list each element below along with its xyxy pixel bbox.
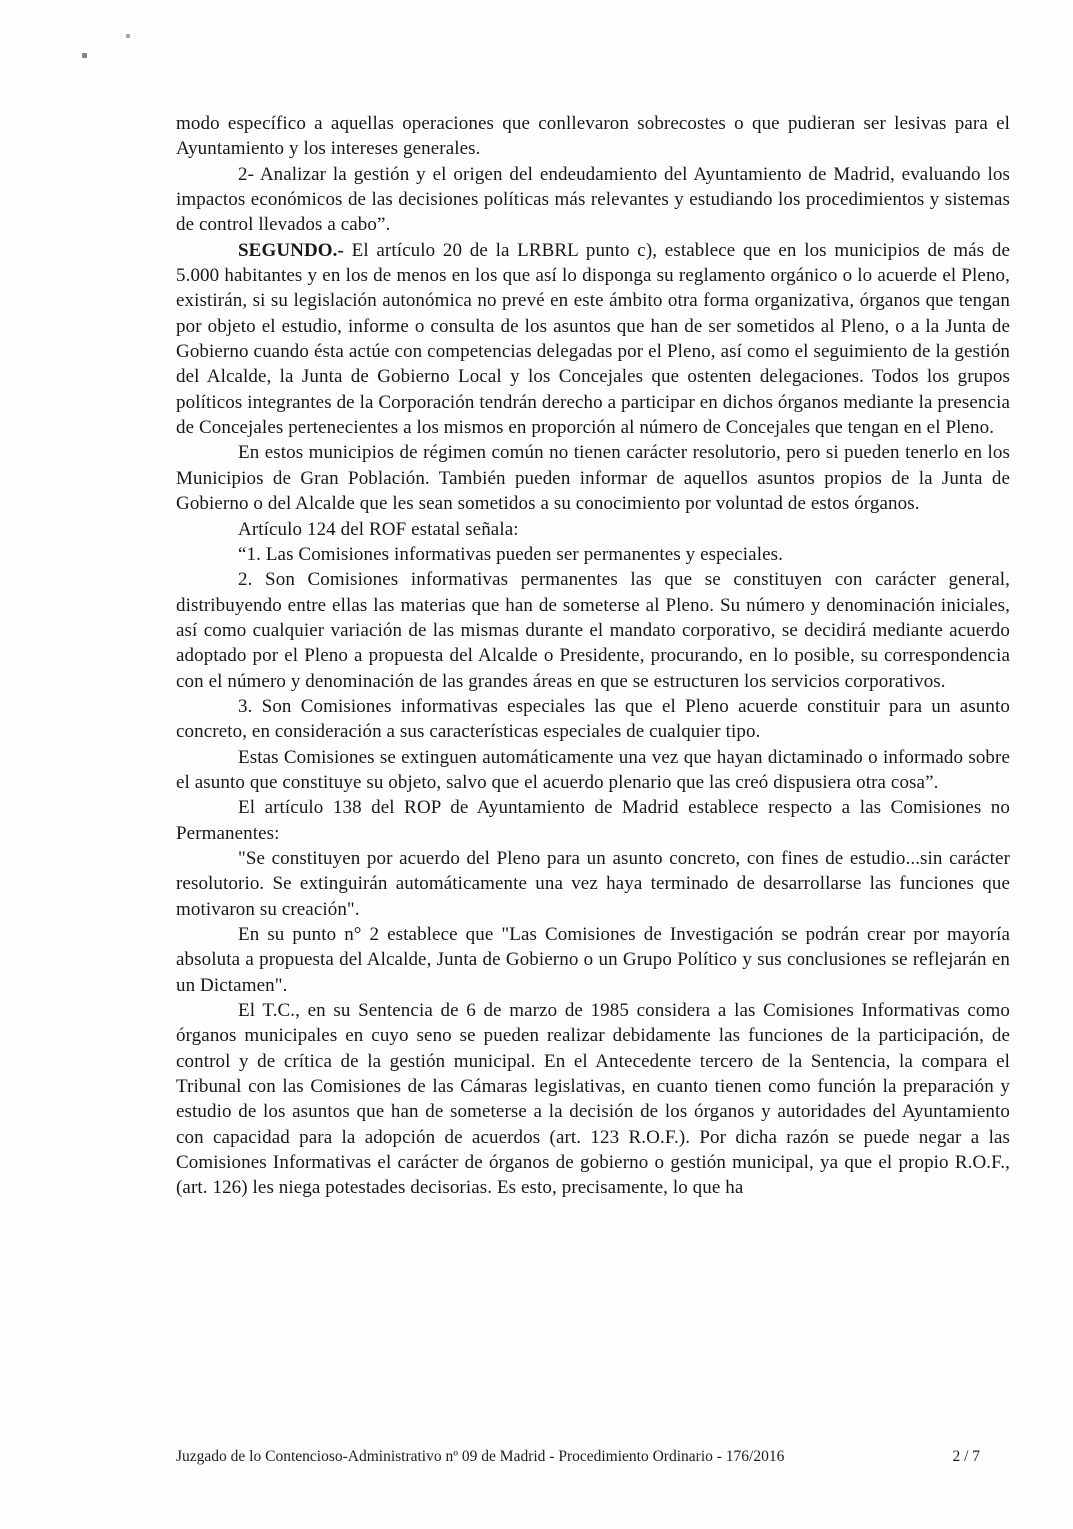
document-page: modo específico a aquellas operaciones q… xyxy=(0,0,1073,1529)
document-body: modo específico a aquellas operaciones q… xyxy=(176,111,1010,1201)
paragraph: En estos municipios de régimen común no … xyxy=(176,440,1010,516)
paragraph: En su punto n° 2 establece que "Las Comi… xyxy=(176,922,1010,998)
paragraph: 2. Son Comisiones informativas permanent… xyxy=(176,567,1010,694)
page-number: 2 / 7 xyxy=(952,1447,980,1467)
footer-court-reference: Juzgado de lo Contencioso-Administrativo… xyxy=(176,1447,784,1467)
paragraph: 2- Analizar la gestión y el origen del e… xyxy=(176,162,1010,238)
scan-speck xyxy=(82,53,87,58)
paragraph: El artículo 138 del ROP de Ayuntamiento … xyxy=(176,795,1010,846)
paragraph: Estas Comisiones se extinguen automática… xyxy=(176,745,1010,796)
paragraph: Artículo 124 del ROF estatal señala: xyxy=(176,517,1010,542)
paragraph: "Se constituyen por acuerdo del Pleno pa… xyxy=(176,846,1010,922)
paragraph-lead: SEGUNDO.- xyxy=(238,240,344,261)
scan-speck xyxy=(126,34,130,38)
page-footer: Juzgado de lo Contencioso-Administrativo… xyxy=(176,1447,1010,1467)
paragraph: 3. Son Comisiones informativas especiale… xyxy=(176,694,1010,745)
paragraph-segundo: SEGUNDO.- El artículo 20 de la LRBRL pun… xyxy=(176,238,1010,441)
paragraph: “1. Las Comisiones informativas pueden s… xyxy=(176,542,1010,567)
paragraph: El T.C., en su Sentencia de 6 de marzo d… xyxy=(176,998,1010,1201)
paragraph: modo específico a aquellas operaciones q… xyxy=(176,111,1010,162)
paragraph-text: El artículo 20 de la LRBRL punto c), est… xyxy=(176,240,1010,438)
